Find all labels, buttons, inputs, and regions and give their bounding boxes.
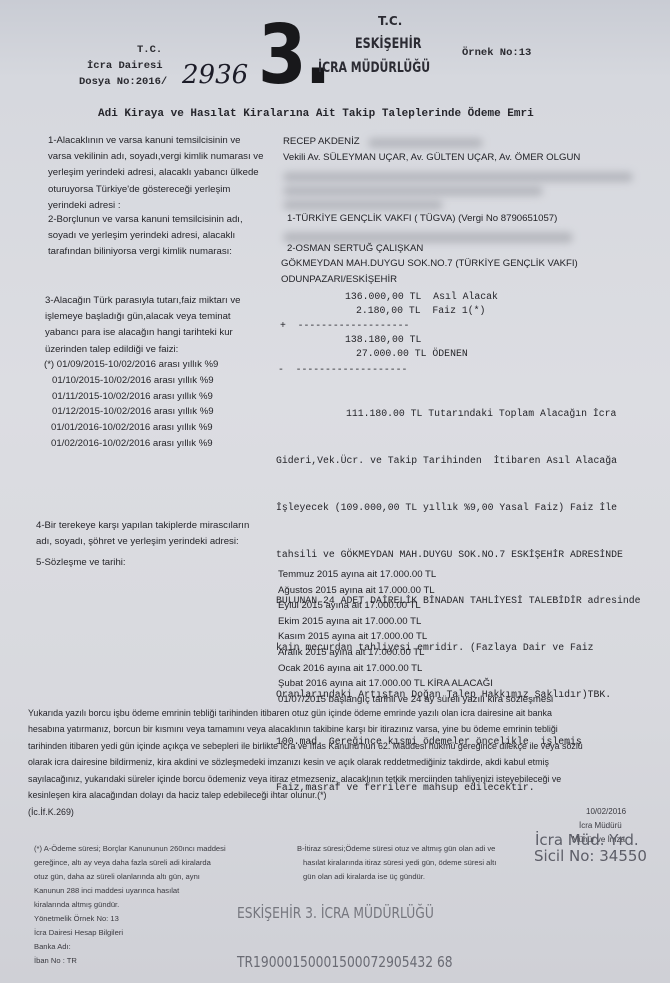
footnote-line: otuz gün, daha az süreli olanlarında alt… [34,870,226,884]
description-line: 111.180.00 TL Tutarındaki Toplam Alacağı… [276,406,641,422]
debtor-address-1: GÖKMEYDAN MAH.DUYGU SOK.NO.7 (TÜRKİYE GE… [281,256,578,272]
header-office: İcra Dairesi [87,60,163,72]
notice-line: olarak icra dairesine bildirmeniz, kira … [28,754,583,770]
document-title: Adi Kiraya ve Hasılat Kiralarına Ait Tak… [98,108,534,120]
interest-period: 01/11/2015-10/02/2016 arası yıllık %9 [44,389,218,405]
footnote-b: B-İtiraz süresi;Ödeme süresi otuz ve alt… [297,842,496,884]
label-line: üzerinden talep edildiği ve faizi: [45,342,241,358]
debtor-label: 2-Borçlunun ve varsa kanuni temsilcisini… [48,212,243,261]
label-line: tarafından biliniyorsa vergi kimlik numa… [48,244,243,260]
regulation-ref: Yönetmelik Örnek No: 13 [34,912,226,926]
rent-month-line: Kasım 2015 ayına ait 17.000.00 TL [278,629,553,645]
form-number: Örnek No:13 [462,47,531,59]
description-line: tahsili ve GÖKMEYDAN MAH.DUYGU SOK.NO.7 … [276,547,641,563]
law-reference: (İc.İf.K.269) [28,804,74,820]
footnote-line: gün olan adi kiralarda ise üç gündür. [297,870,496,884]
label-line: yabancı para ise alacağın hangi tarihtek… [45,325,241,341]
debtor-2: 2-OSMAN SERTUĞ ÇALIŞKAN [287,241,423,257]
file-number-handwritten: 2936 [182,60,248,90]
contract-lines: Temmuz 2015 ayına ait 17.000.00 TL Ağust… [278,567,553,707]
footnote-line: gereğince, altı ay veya daha fazla sürel… [34,856,226,870]
footnote-line: Kanunun 288 inci maddesi uyarınca hasıla… [34,884,226,898]
description-line: Gideri,Vek.Ücr. ve Takip Tarihinden İtib… [276,453,641,469]
claim-label: 3-Alacağın Türk parasıyla tutarı,faiz mi… [45,293,241,358]
interest-period: 01/12/2015-10/02/2016 arası yıllık %9 [44,404,218,420]
signature-date: 10/02/2016 [586,805,626,819]
rent-month-line: Ağustos 2015 ayına ait 17.000.00 TL [278,583,553,599]
debtor-1: 1-TÜRKİYE GENÇLİK VAKFI ( TÜGVA) (Vergi … [287,211,557,227]
redacted-block [283,186,543,196]
rent-month-line: Eylül 2015 ayına ait 17.000.00 TL [278,598,553,614]
footnote-line: (*) A-Ödeme süresi; Borçlar Kanununun 26… [34,842,226,856]
creditor-attorneys: Vekili Av. SÜLEYMAN UÇAR, Av. GÜLTEN UÇA… [283,150,580,166]
interest-periods: (*) 01/09/2015-10/02/2016 arası yıllık %… [44,357,218,452]
stamp-court-number: 3. [258,8,330,103]
stamp-tc: T.C. [378,14,402,28]
notice-line: sayılacağınız, yukarıdaki süreler içinde… [28,771,583,787]
label-line: 4-Bir terekeye karşı yapılan takiplerde … [36,518,249,534]
stamp-office: İCRA MÜDÜRLÜĞÜ [318,60,430,76]
stamp-city: ESKİŞEHİR [355,36,421,52]
rent-month-line: Şubat 2016 ayına ait 17.000.00 TL KİRA A… [278,676,553,692]
bank-account-header: İcra Dairesi Hesap Bilgileri [34,926,226,940]
calc-paid: 27.000.00 TL ÖDENEN [356,346,468,362]
label-line: 3-Alacağın Türk parasıyla tutarı,faiz mi… [45,293,241,309]
heirs-label: 4-Bir terekeye karşı yapılan takiplerde … [36,518,249,550]
signature-stamp-line2: Sicil No: 34550 [534,847,647,865]
redacted-block [283,172,633,182]
interest-period: (*) 01/09/2015-10/02/2016 arası yıllık %… [44,357,218,373]
description-line: İşleyecek (109.000,00 TL yıllık %9,00 Ya… [276,500,641,516]
label-line: varsa vekilinin adı, soyadı,vergi kimlik… [48,149,263,165]
notice-line: hesabına yatırmanız, borcun bir kısmını … [28,721,583,737]
debtor-address-2: ODUNPAZARI/ESKİŞEHİR [281,272,397,288]
notice-line: kesinleşen kira alacağından dolayı da ha… [28,787,583,803]
contract-label: 5-Sözleşme ve tarihi: [36,555,126,571]
label-line: işlemeye başladığı gün,alacak veya temin… [45,309,241,325]
iban-label: İban No : TR [34,954,226,968]
rent-month-line: Ekim 2015 ayına ait 17.000.00 TL [278,614,553,630]
header-tc: T.C. [137,44,162,56]
label-line: 2-Borçlunun ve varsa kanuni temsilcisini… [48,212,243,228]
rent-month-line: Temmuz 2015 ayına ait 17.000.00 TL [278,567,553,583]
footnote-line: hasılat kiralarında itiraz süresi yedi g… [297,856,496,870]
file-number-label: Dosya No:2016/ [79,76,167,88]
label-line: oturuyorsa Türkiye'de göstereceği yerleş… [48,182,263,198]
calc-interest: 2.180,00 TL Faiz 1(*) [356,303,485,319]
footnote-line: kiralarında altmış gündür. [34,898,226,912]
interest-period: 01/10/2015-10/02/2016 arası yıllık %9 [44,373,218,389]
label-line: 1-Alacaklının ve varsa kanuni temsilcisi… [48,133,263,149]
notice-line: Yukarıda yazılı borcu işbu ödeme emrinin… [28,705,583,721]
rent-month-line: Aralık 2015 ayına ait 17.000.00 TL [278,645,553,661]
interest-period: 01/01/2016-10/02/2016 arası yıllık %9 [44,420,218,436]
label-line: yerleşim yerindeki adresi, alacaklı yaba… [48,165,263,181]
rent-month-line: Ocak 2016 ayına ait 17.000.00 TL [278,661,553,677]
label-line: adı, soyadı, şöhret ve yerleşim yerindek… [36,534,249,550]
interest-period: 01/02/2016-10/02/2016 arası yıllık %9 [44,436,218,452]
payment-order-document: T.C. İcra Dairesi Dosya No:2016/ 2936 3.… [0,0,670,983]
footnote-a: (*) A-Ödeme süresi; Borçlar Kanununun 26… [34,842,226,968]
bank-name-label: Banka Adı: [34,940,226,954]
bank-stamp-iban: TR19000150001500072905432 68 [237,953,453,971]
redacted-block [283,200,443,210]
legal-notice: Yukarıda yazılı borcu işbu ödeme emrinin… [28,705,583,803]
footnote-line: B-İtiraz süresi;Ödeme süresi otuz ve alt… [297,842,496,856]
notice-line: tarihinden itibaren yedi gün içinde açık… [28,738,583,754]
label-line: soyadı ve yerleşim yerindeki adresi, ala… [48,228,243,244]
bank-stamp-office: ESKİŞEHİR 3. İCRA MÜDÜRLÜĞÜ [237,904,434,922]
creditor-label: 1-Alacaklının ve varsa kanuni temsilcisi… [48,133,263,214]
creditor-name: RECEP AKDENİZ [283,134,360,150]
redacted-block [368,138,483,148]
